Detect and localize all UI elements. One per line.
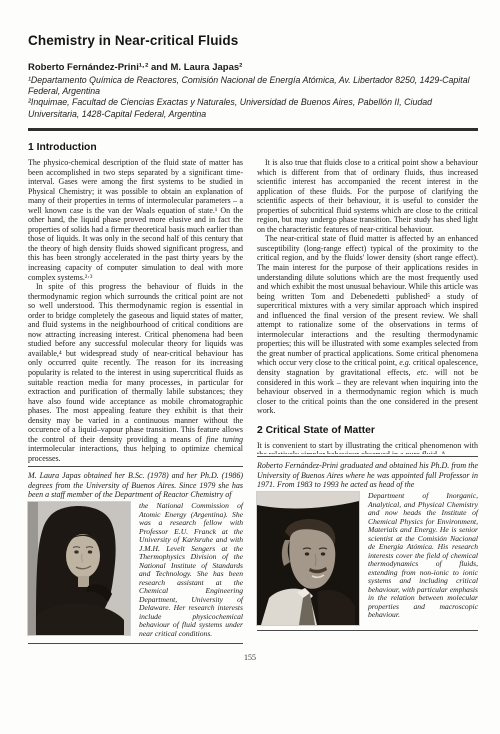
bio-japas-row: the National Commission of Atomic Energy… [28,502,243,638]
authors-line: Roberto Fernández-Prini¹·² and M. Laura … [28,62,478,73]
journal-page: Chemistry in Near-critical Fluids Robert… [0,0,500,734]
affiliation-2: ²Inquimae, Facultad de Ciencias Exactas … [28,97,478,119]
bio-japas: M. Laura Japas obtained her B.Sc. (1978)… [28,466,243,644]
right-column: It is also true that fluids close to a c… [257,142,478,454]
article-header: Chemistry in Near-critical Fluids Robert… [28,33,478,120]
bio-prini-row: Department of Inorganic, Analytical, and… [257,492,478,625]
bio-japas-intro-text: M. Laura Japas obtained her B.Sc. (1978)… [28,471,243,499]
bio-prini: Roberto Fernández-Prini graduated and ob… [257,456,478,631]
prini-portrait-illustration [257,492,359,625]
japas-portrait-photo [28,502,130,635]
header-divider-rule [28,128,478,131]
bio-prini-bottom-rule [257,630,478,631]
intro-section-heading: 1 Introduction [28,142,243,154]
prini-portrait-photo [257,492,359,625]
intro-paragraph-2: In spite of this progress the behaviour … [28,282,243,463]
page-title: Chemistry in Near-critical Fluids [28,33,478,48]
left-column: 1 Introduction The physico-chemical desc… [28,142,243,464]
page-number: 155 [0,653,500,662]
intro-paragraph-1: The physico-chemical description of the … [28,158,243,282]
bio-prini-side-text: Department of Inorganic, Analytical, and… [368,492,478,620]
affiliations: ¹Departamento Química de Reactores, Comi… [28,75,478,120]
bio-japas-top-rule [28,466,243,467]
critical-state-paragraph: It is convenient to start by illustratin… [257,441,478,454]
affiliation-1: ¹Departamento Química de Reactores, Comi… [28,75,478,97]
article-columns: 1 Introduction The physico-chemical desc… [28,142,478,464]
right-paragraph-1: It is also true that fluids close to a c… [257,158,478,234]
japas-portrait-illustration [28,502,130,635]
right-paragraph-2: The near-critical state of fluid matter … [257,234,478,415]
bio-prini-intro-text: Roberto Fernández-Prini graduated and ob… [257,461,478,489]
bio-japas-side-text: the National Commission of Atomic Energy… [139,502,243,638]
critical-state-section-heading: 2 Critical State of Matter [257,425,478,437]
bio-prini-top-rule [257,456,478,457]
bio-japas-bottom-rule [28,643,243,644]
